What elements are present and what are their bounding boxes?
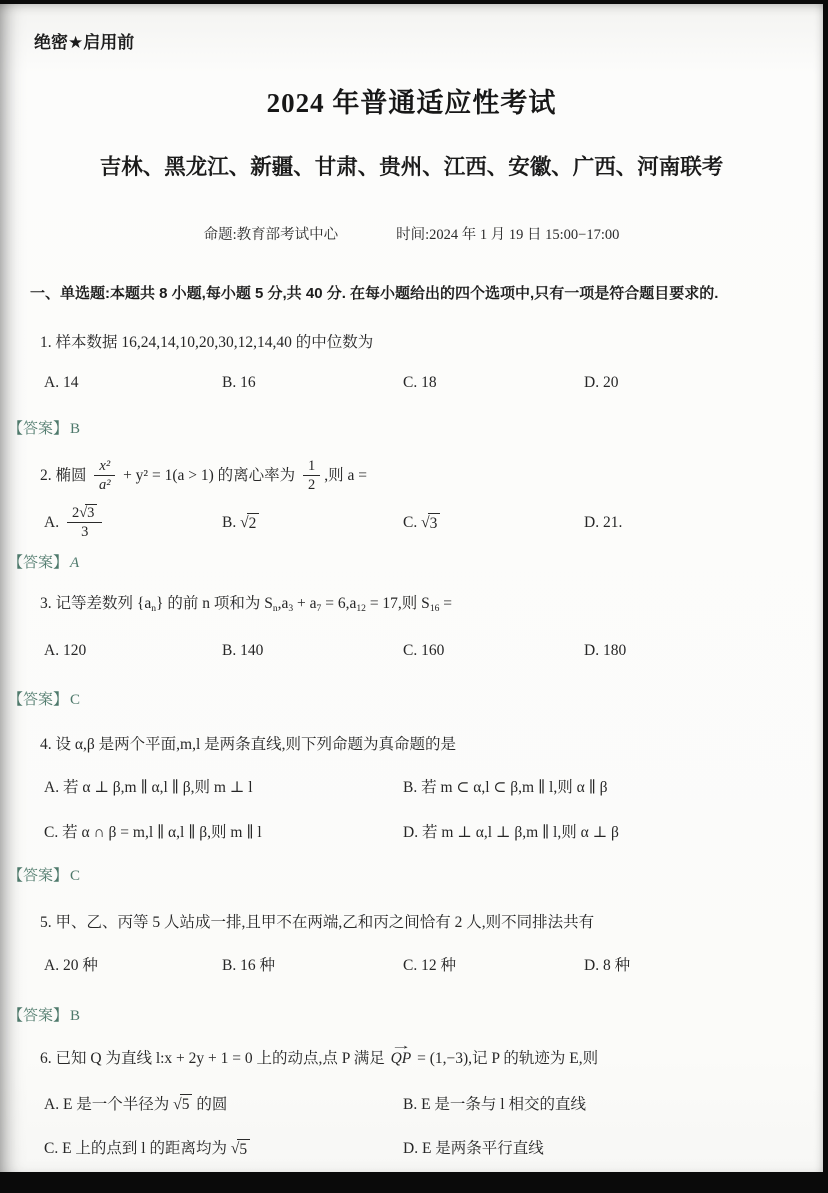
stem-text: = 17,则 S [366, 595, 430, 612]
option-a: A. E 是一个半径为 √5 的圆 [44, 1094, 403, 1114]
question-2: 2. 椭圆 x²a² + y² = 1(a > 1) 的离心率为 12 ,则 a… [0, 458, 823, 572]
option-c: C. 160 [403, 641, 584, 660]
fraction: x²a² [94, 458, 115, 493]
fraction: 12 [303, 458, 320, 493]
question-2-options: A. 2√33 B. √2 C. √3 D. 21. [44, 505, 823, 540]
question-3-options: A. 120 B. 140 C. 160 D. 180 [44, 641, 823, 660]
answer-label: 【答案】 [8, 692, 68, 708]
stem-text: = (1,−3),记 P 的轨迹为 E,则 [413, 1049, 598, 1068]
question-4: 4. 设 α,β 是两个平面,m,l 是两条直线,则下列命题为真命题的是 A. … [0, 735, 823, 885]
answer-label: 【答案】 [8, 421, 68, 437]
exam-subtitle: 吉林、黑龙江、新疆、甘肃、贵州、江西、安徽、广西、河南联考 [0, 150, 823, 181]
fraction-numerator: 1 [303, 458, 320, 476]
option-label: B. [222, 513, 240, 532]
question-1-answer: 【答案】B [8, 417, 823, 438]
question-4-options-row-1: A. 若 α ⊥ β,m ∥ α,l ∥ β,则 m ⊥ l B. 若 m ⊂ … [44, 778, 823, 797]
stem-text: = 6,a [321, 595, 356, 612]
option-c: C. E 上的点到 l 的距离均为 √5 [44, 1139, 403, 1159]
exam-page: 绝密★启用前 2024 年普通适应性考试 吉林、黑龙江、新疆、甘肃、贵州、江西、… [0, 4, 823, 1172]
option-b: B. 140 [222, 641, 403, 660]
question-5-answer: 【答案】B [8, 1004, 823, 1025]
option-d: D. 若 m ⊥ α,l ⊥ β,m ∥ l,则 α ⊥ β [403, 823, 823, 842]
stem-text: 3. 记等差数列 {a [40, 595, 151, 612]
answer-letter: B [70, 421, 80, 437]
fraction-numerator: 2√3 [67, 505, 102, 523]
proposer-label: 命题:教育部考试中心 [204, 227, 339, 243]
option-b: B. 若 m ⊂ α,l ⊂ β,m ∥ l,则 α ∥ β [403, 778, 823, 797]
answer-letter: C [70, 868, 80, 884]
radicand: 5 [237, 1139, 250, 1159]
question-4-options-row-2: C. 若 α ∩ β = m,l ∥ α,l ∥ β,则 m ∥ l D. 若 … [44, 823, 823, 842]
question-5: 5. 甲、乙、丙等 5 人站成一排,且甲不在两端,乙和丙之间恰有 2 人,则不同… [0, 913, 823, 1025]
security-classification: 绝密★启用前 [0, 4, 823, 53]
subscript: 12 [356, 603, 366, 614]
option-d: D. 20 [584, 373, 823, 392]
question-5-options: A. 20 种 B. 16 种 C. 12 种 D. 8 种 [44, 956, 823, 975]
question-6-options-row-2: C. E 上的点到 l 的距离均为 √5 D. E 是两条平行直线 [44, 1139, 823, 1159]
option-a: A. 20 种 [44, 956, 222, 975]
exam-title: 2024 年普通适应性考试 [0, 81, 823, 120]
fraction-denominator: 2 [308, 476, 315, 493]
answer-letter: B [70, 1008, 80, 1024]
question-2-answer: 【答案】A [8, 551, 823, 572]
option-label: A. [44, 513, 63, 532]
stem-text: 6. 已知 Q 为直线 l:x + 2y + 1 = 0 上的动点,点 P 满足 [40, 1049, 389, 1068]
option-d: D. 8 种 [584, 956, 823, 975]
option-c: C. 18 [403, 373, 584, 392]
option-a: A. 2√33 [44, 505, 222, 540]
stem-text: 2. 椭圆 [40, 466, 90, 485]
option-d: D. E 是两条平行直线 [403, 1139, 823, 1158]
radicand: 3 [85, 504, 97, 521]
question-6-options-row-1: A. E 是一个半径为 √5 的圆 B. E 是一条与 l 相交的直线 [44, 1094, 823, 1114]
fraction: 2√33 [67, 505, 102, 540]
radicand: 2 [247, 513, 260, 533]
answer-letter: A [70, 555, 79, 571]
option-a: A. 14 [44, 373, 222, 392]
answer-label: 【答案】 [8, 1008, 68, 1024]
question-3-answer: 【答案】C [8, 688, 823, 709]
radicand: 5 [180, 1094, 193, 1114]
option-text: C. E 上的点到 l 的距离均为 [44, 1139, 231, 1158]
question-2-stem: 2. 椭圆 x²a² + y² = 1(a > 1) 的离心率为 12 ,则 a… [40, 458, 823, 493]
question-4-stem: 4. 设 α,β 是两个平面,m,l 是两条直线,则下列命题为真命题的是 [40, 735, 823, 754]
question-1: 1. 样本数据 16,24,14,10,20,30,12,14,40 的中位数为… [0, 333, 823, 438]
vector-arrow-icon: → [390, 1041, 411, 1052]
answer-label: 【答案】 [8, 555, 68, 571]
option-d: D. 21. [584, 513, 823, 532]
subscript: 16 [430, 603, 440, 614]
question-6-stem: 6. 已知 Q 为直线 l:x + 2y + 1 = 0 上的动点,点 P 满足… [40, 1049, 823, 1068]
question-1-stem: 1. 样本数据 16,24,14,10,20,30,12,14,40 的中位数为 [40, 333, 823, 352]
question-4-answer: 【答案】C [8, 864, 823, 885]
stem-text: + y² = 1(a > 1) 的离心率为 [119, 466, 299, 485]
option-text: 的圆 [192, 1095, 227, 1114]
section-header: 一、单选题:本题共 8 小题,每小题 5 分,共 40 分. 在每小题给出的四个… [30, 282, 823, 303]
option-b: B. 16 种 [222, 956, 403, 975]
exam-meta: 命题:教育部考试中心时间:2024 年 1 月 19 日 15:00−17:00 [0, 223, 823, 244]
option-text: A. E 是一个半径为 [44, 1095, 173, 1114]
stem-text: ,则 a = [324, 466, 367, 485]
answer-label: 【答案】 [8, 868, 68, 884]
question-1-options: A. 14 B. 16 C. 18 D. 20 [44, 373, 823, 392]
stem-text: ,a [278, 595, 289, 612]
option-c: C. √3 [403, 513, 584, 533]
stem-text: } 的前 n 项和为 S [156, 595, 273, 612]
question-5-stem: 5. 甲、乙、丙等 5 人站成一排,且甲不在两端,乙和丙之间恰有 2 人,则不同… [40, 913, 823, 932]
answer-letter: C [70, 692, 80, 708]
radicand: 3 [428, 513, 441, 533]
option-a: A. 120 [44, 641, 222, 660]
option-b: B. E 是一条与 l 相交的直线 [403, 1095, 823, 1114]
option-d: D. 180 [584, 641, 823, 660]
stem-text: = [439, 595, 452, 612]
option-b: B. √2 [222, 513, 403, 533]
exam-time: 时间:2024 年 1 月 19 日 15:00−17:00 [396, 227, 619, 243]
vector-qp: →QP [389, 1049, 414, 1068]
fraction-denominator: 3 [81, 523, 88, 540]
option-c: C. 若 α ∩ β = m,l ∥ α,l ∥ β,则 m ∥ l [44, 823, 403, 842]
fraction-numerator: x² [94, 458, 115, 476]
question-3: 3. 记等差数列 {an} 的前 n 项和为 Sn,a3 + a7 = 6,a1… [0, 594, 823, 709]
vector-text: QP [391, 1050, 412, 1067]
question-3-stem: 3. 记等差数列 {an} 的前 n 项和为 Sn,a3 + a7 = 6,a1… [40, 594, 823, 615]
option-label: C. [403, 513, 421, 532]
stem-text: + a [293, 595, 316, 612]
option-b: B. 16 [222, 373, 403, 392]
option-c: C. 12 种 [403, 956, 584, 975]
option-a: A. 若 α ⊥ β,m ∥ α,l ∥ β,则 m ⊥ l [44, 778, 403, 797]
fraction-denominator: a² [99, 476, 111, 493]
question-6: 6. 已知 Q 为直线 l:x + 2y + 1 = 0 上的动点,点 P 满足… [0, 1049, 823, 1159]
